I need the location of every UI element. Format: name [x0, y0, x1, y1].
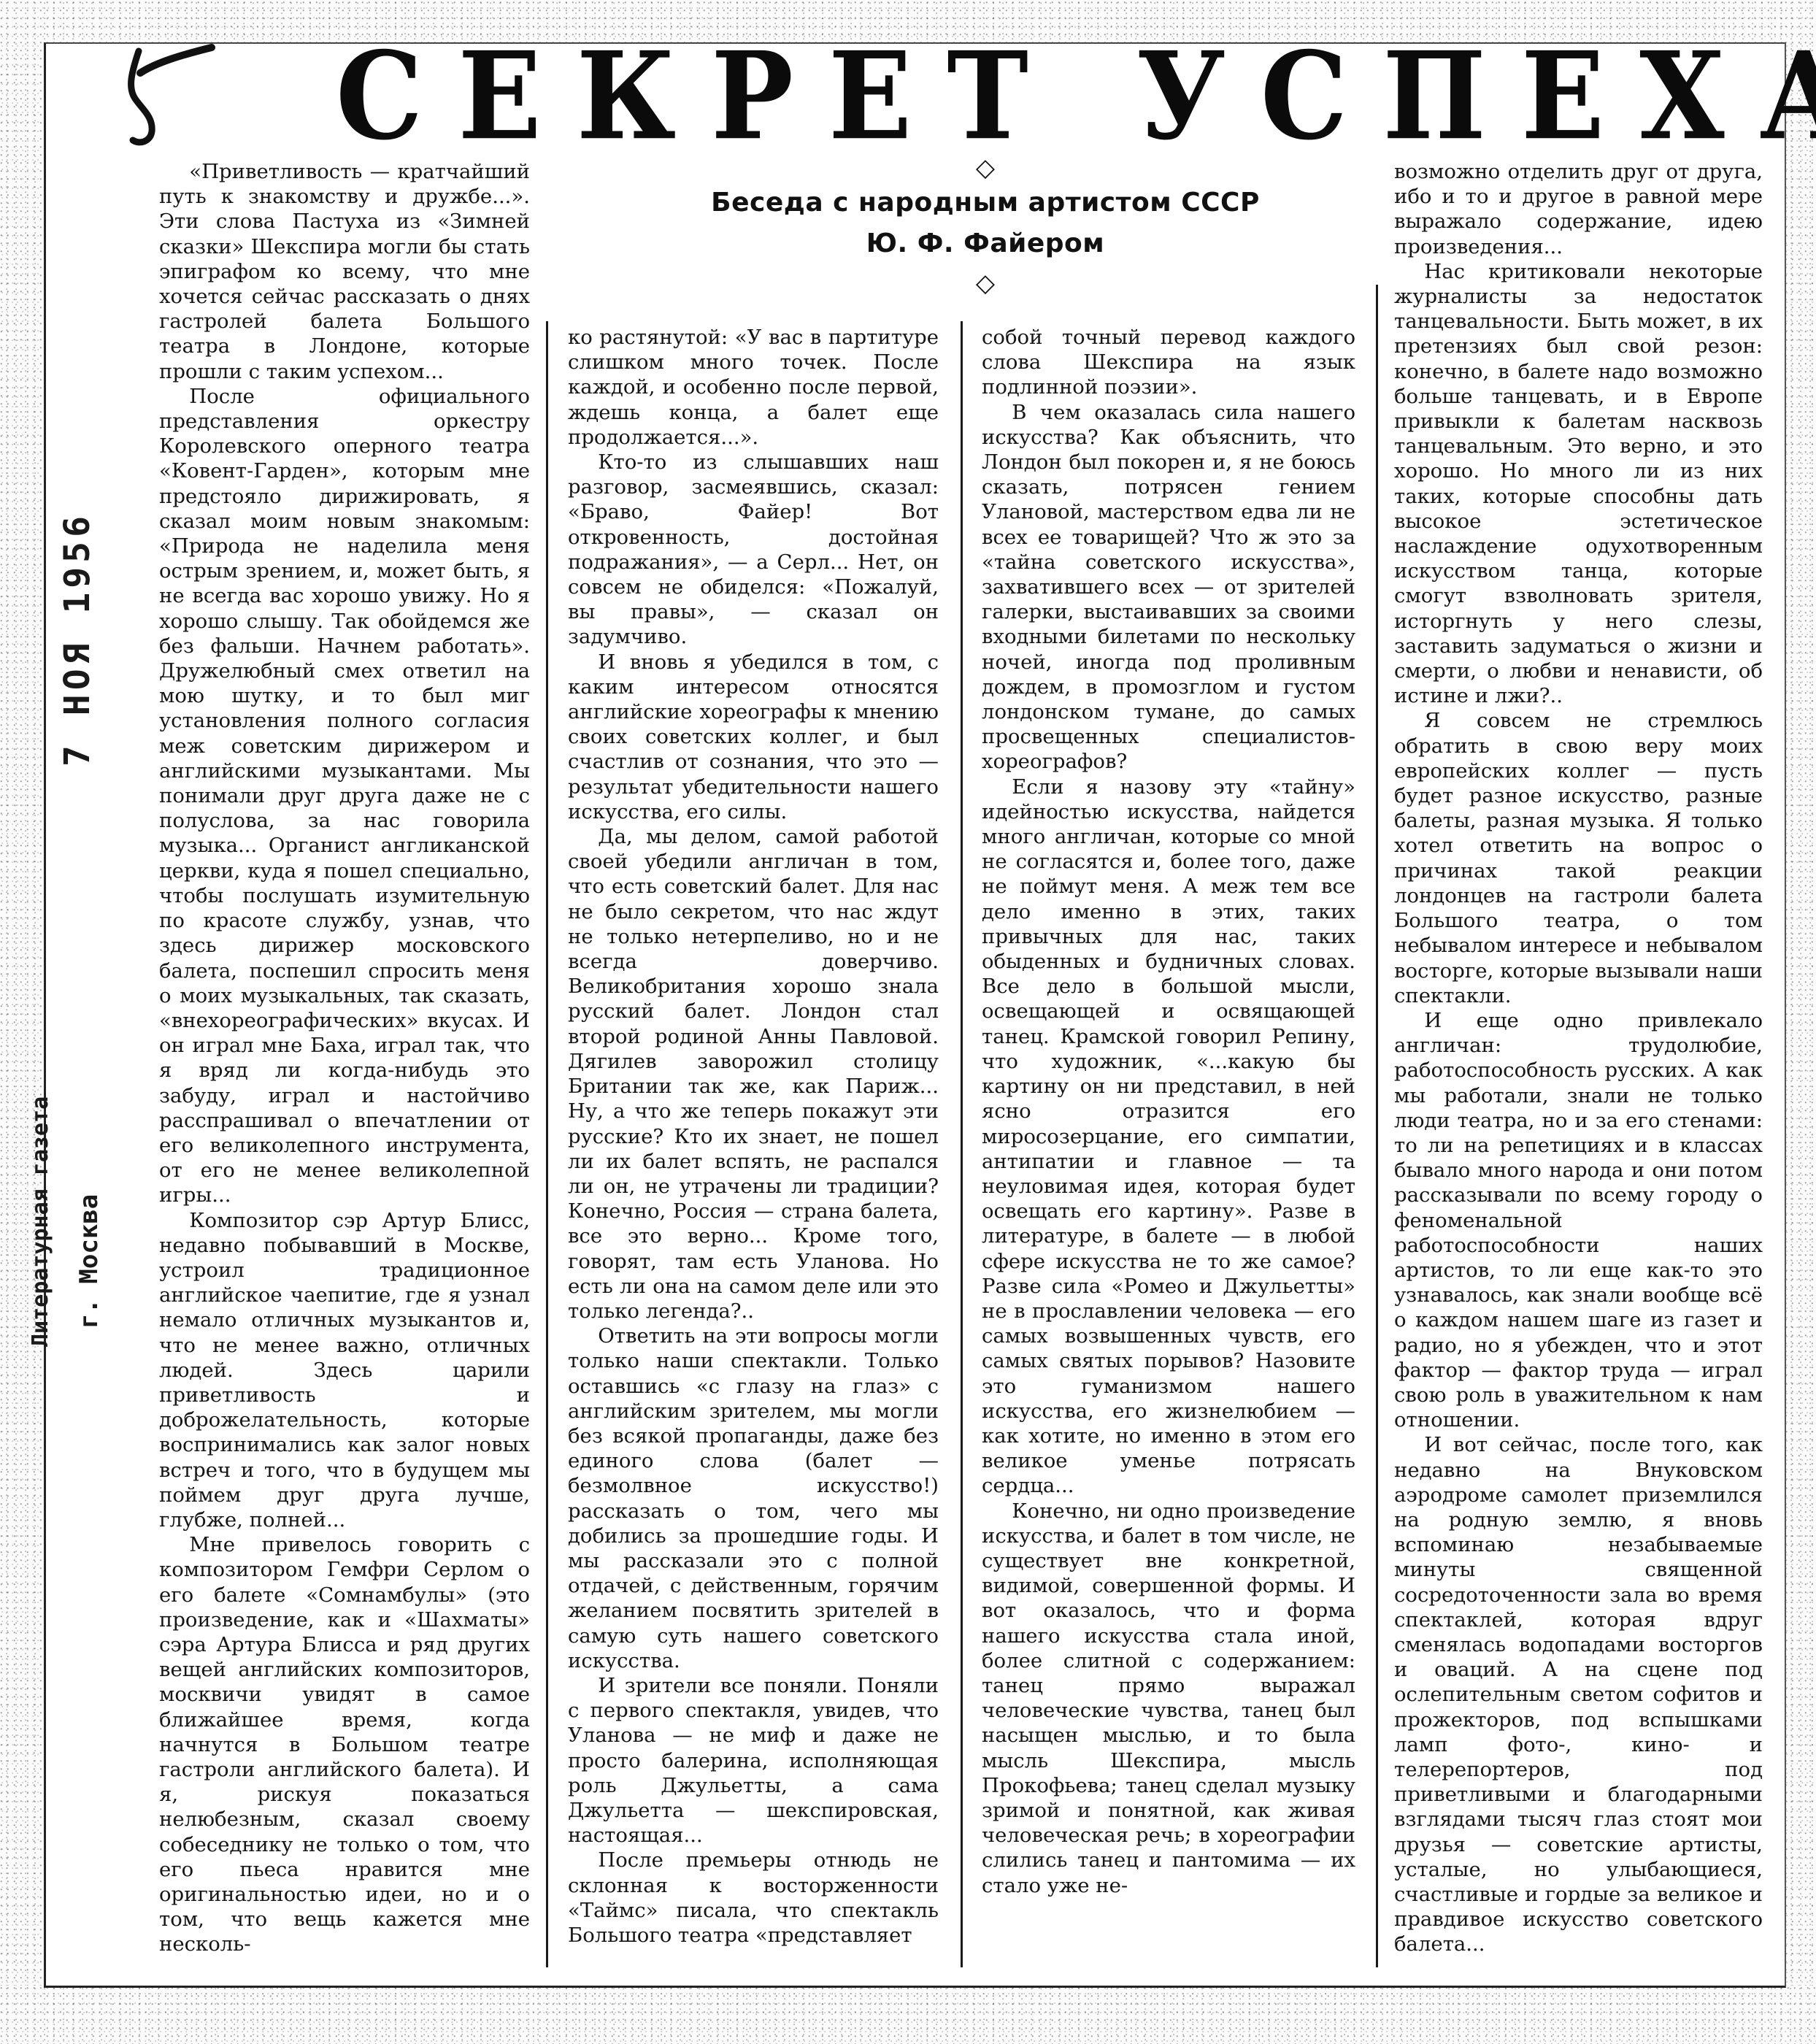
city-stamp: г. Москва — [74, 1194, 104, 1329]
subtitle-block: ◇ Беседа с народным артистом СССР Ю. Ф. … — [701, 153, 1270, 298]
paragraph: Ответить на эти вопросы могли только наш… — [568, 1323, 939, 1673]
paragraph: И еще одно привлекало англичан: трудолюб… — [1394, 1008, 1763, 1432]
paragraph: ко растянутой: «У вас в партитуре слишко… — [568, 325, 939, 450]
paragraph: «Приветливость — кратчайший путь к знако… — [159, 159, 530, 384]
subtitle-line-1: Беседа с народным артистом СССР — [701, 182, 1270, 223]
paragraph: Да, мы делом, самой работой своей убедил… — [568, 824, 939, 1323]
paragraph: Нас критиковали некоторые журналисты за … — [1394, 259, 1763, 709]
paragraph: После официального представления оркестр… — [159, 384, 530, 1208]
article-title: СЕКРЕТ УСПЕХА — [336, 40, 1650, 153]
article-column-4: возможно отделить друг от друга, ибо и т… — [1394, 159, 1763, 1957]
paragraph: Я совсем не стремлюсь обратить в свою ве… — [1394, 708, 1763, 1007]
paragraph: После премьеры отнюдь не склонная к вост… — [568, 1848, 939, 1948]
article-column-3: собой точный перевод каждого слова Шексп… — [982, 325, 1355, 1898]
column-divider — [1376, 285, 1378, 1967]
scan-noise-right — [1785, 0, 1816, 2044]
paragraph: Кто-то из слышавших наш разговор, засмея… — [568, 450, 939, 650]
paragraph: И вновь я убедился в том, с каким интере… — [568, 650, 939, 824]
scan-noise-bottom — [0, 1986, 1816, 2044]
paragraph: Мне привелось говорить с композитором Ге… — [159, 1532, 530, 1956]
paragraph: собой точный перевод каждого слова Шексп… — [982, 325, 1355, 400]
newspaper-stamp: Литературная газета — [28, 1096, 53, 1347]
diamond-ornament-icon: ◇ — [701, 269, 1270, 298]
diamond-ornament-icon: ◇ — [701, 153, 1270, 182]
paragraph: Если я назову эту «тайну» идейностью иск… — [982, 775, 1355, 1499]
paragraph: Композитор сэр Артур Блисс, недавно побы… — [159, 1208, 530, 1533]
column-divider — [546, 321, 548, 1967]
paragraph: Конечно, ни одно произведение искусства,… — [982, 1499, 1355, 1898]
paragraph: И вот сейчас, после того, как недавно на… — [1394, 1432, 1763, 1956]
paragraph: возможно отделить друг от друга, ибо и т… — [1394, 159, 1763, 259]
article-column-1: «Приветливость — кратчайший путь к знако… — [159, 159, 530, 1957]
scan-noise-left — [0, 0, 42, 2044]
handwritten-number-mark — [124, 44, 226, 153]
paragraph: И зрители все поняли. Поняли с первого с… — [568, 1673, 939, 1848]
column-divider — [961, 321, 963, 1967]
article-column-2: ко растянутой: «У вас в партитуре слишко… — [568, 325, 939, 1948]
subtitle-line-2: Ю. Ф. Файером — [701, 223, 1270, 264]
date-stamp: 7 НОЯ 1956 — [57, 512, 98, 766]
paragraph: В чем оказалась сила нашего искусства? К… — [982, 400, 1355, 775]
